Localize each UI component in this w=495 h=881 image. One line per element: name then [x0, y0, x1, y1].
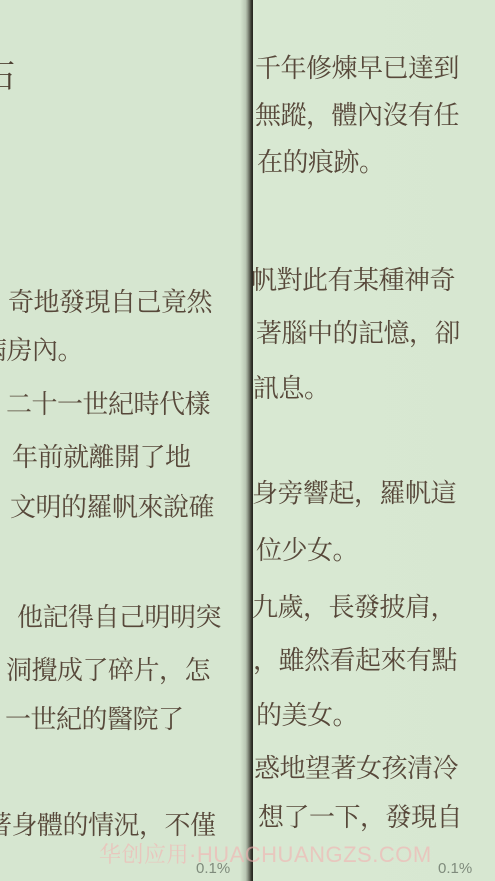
text-line: 二十一世紀時代樣 — [6, 391, 210, 417]
chapter-title-partial: 石 — [0, 60, 15, 92]
text-line: 著身體的情況，不僅 — [0, 812, 216, 838]
text-line: 年前就離開了地 — [12, 444, 191, 470]
text-line: ，雖然看起來有點 — [253, 647, 457, 673]
text-line: 無蹤，體內沒有任 — [255, 102, 459, 128]
left-page[interactable]: 石 奇地發現自己竟然 病房內。 二十一世紀時代樣 年前就離開了地 文明的羅帆來說… — [0, 0, 247, 881]
text-line: 病房內。 — [0, 337, 83, 363]
right-page[interactable]: 千年修煉早已達到 無蹤，體內沒有任 在的痕跡。 帆對此有某種神奇 著腦中的記憶，… — [247, 0, 495, 881]
text-line: 訊息。 — [253, 375, 330, 401]
text-line: 著腦中的記憶，卻 — [256, 320, 460, 346]
text-line: 帆對此有某種神奇 — [251, 267, 455, 293]
text-line: 位少女。 — [256, 537, 358, 563]
text-line: 一世紀的醫院了 — [5, 706, 184, 732]
text-line: 文明的羅帆來說確 — [10, 494, 214, 520]
page-edge-shadow — [240, 0, 253, 881]
text-line: 惑地望著女孩清冷 — [254, 755, 458, 781]
text-line: 九歲，長發披肩， — [252, 594, 456, 620]
text-line: 他記得自己明明突 — [17, 604, 221, 630]
text-line: 想了一下，發現自 — [258, 804, 462, 830]
text-line: 的美女。 — [256, 702, 358, 728]
text-line: 身旁響起，羅帆這 — [252, 480, 456, 506]
text-line: 千年修煉早已達到 — [255, 55, 459, 81]
reader-screen: 石 奇地發現自己竟然 病房內。 二十一世紀時代樣 年前就離開了地 文明的羅帆來說… — [0, 0, 495, 881]
reading-progress-label: 0.1% — [438, 861, 472, 876]
text-line: 在的痕跡。 — [257, 149, 385, 175]
text-line: 洞攪成了碎片，怎 — [6, 657, 210, 683]
reading-progress-label: 0.1% — [196, 861, 230, 876]
text-line: 奇地發現自己竟然 — [8, 289, 212, 315]
